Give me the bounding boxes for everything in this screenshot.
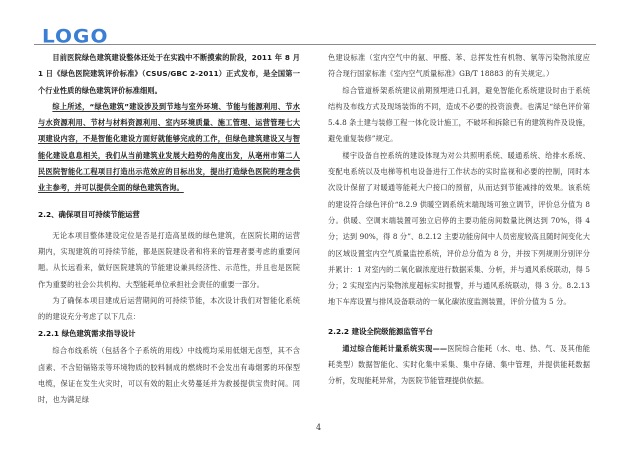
intro-paragraph: 目前医院绿色建筑建设整体还处于在实践中不断摸索的阶段，2011 年 8 月 1 … <box>38 50 300 99</box>
bas-paragraph: 楼宇设备自控系统的建设体现为对公共照明系统、暖通系统、给排水系统、变配电系统以及… <box>328 148 590 311</box>
energy-metering-paragraph: 通过综合能耗计量系统实现——医院综合能耗（水、电、热、气、及其他能耗类型）数据智… <box>328 341 590 390</box>
section-heading-2-2-1: 2.2.1 绿色建筑需求指导设计 <box>38 327 300 341</box>
design-considerations-paragraph: 为了确保本项目建成后运营期间的可持续节能，本次设计我们对智能化系统的的建设充分考… <box>38 293 300 326</box>
section-heading-2-2: 2.2、确保项目可持续节能运营 <box>38 208 300 222</box>
pipe-tray-paragraph: 综合管道桥架系统建议前期预埋进口孔洞，避免智能化系统建设时由于系统结构及布线方式… <box>328 83 590 148</box>
energy-metering-lead: 通过综合能耗计量系统实现—— <box>342 344 447 353</box>
section-heading-2-2-2: 2.2.2 建设全院级能源监管平台 <box>328 325 590 339</box>
summary-paragraph: 综上所述，“绿色建筑”建设涉及到节地与室外环境、节能与能源利用、节水与水资源利用… <box>38 99 300 197</box>
left-column: 目前医院绿色建筑建设整体还处于在实践中不断摸索的阶段，2011 年 8 月 1 … <box>38 50 300 409</box>
sustainable-paragraph: 无论本项目整体建设定位是否是打造高星级的绿色建筑，在医院长期的运营期内，实现建筑… <box>38 228 300 293</box>
spacer <box>328 311 590 323</box>
air-quality-paragraph: 色建设标准（室内空气中的氨、甲醛、苯、总挥发性有机物、氡等污染物浓度应符合现行国… <box>328 50 590 83</box>
right-column: 色建设标准（室内空气中的氨、甲醛、苯、总挥发性有机物、氡等污染物浓度应符合现行国… <box>328 50 590 390</box>
cabling-paragraph: 综合布线系统（包括各个子系统的用线）中线缆均采用低烟无卤型，其不含卤素、不含铅镉… <box>38 343 300 408</box>
header-divider <box>34 44 596 45</box>
page-number: 4 <box>316 423 321 432</box>
